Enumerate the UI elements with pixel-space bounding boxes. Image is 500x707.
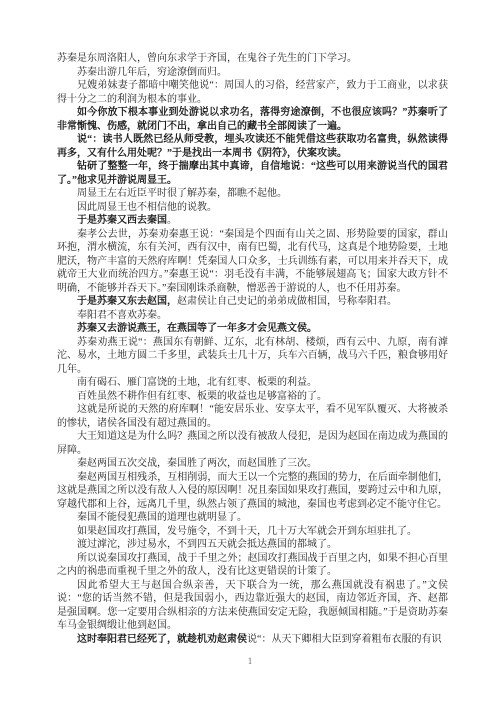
- text-run: 说“：读书人既然已经从师受教，埋头攻读还不能凭借这些获取功名富贵，纵然读得再多，…: [57, 134, 448, 159]
- text-run: 说“：从天下卿相大臣到穿着粗布衣服的有识: [247, 634, 441, 645]
- paragraph: 渡过滹沱，涉过易水，不到四五天就会抵达燕国的都城了。: [57, 538, 448, 552]
- paragraph: 苏秦是东周洛阳人，曾向东求学于齐国，在鬼谷子先生的门下学习。: [57, 52, 448, 66]
- text-run: 如今你放下根本事业到处游说以求功名，落得穷途潦倒，不也很应该吗？”苏秦听了非常惭…: [57, 107, 448, 132]
- paragraph: 如今你放下根本事业到处游说以求功名，落得穷途潦倒，不也很应该吗？”苏秦听了非常惭…: [57, 106, 448, 133]
- paragraph: 秦赵两国互相残杀，互相削弱，而大王以一个完整的燕国的势力，在后面牵制他们，这就是…: [57, 471, 448, 512]
- paragraph: 因此希望大王与赵国合纵亲善，天下联合为一统，那么燕国就没有祸患了。”文侯说：“您…: [57, 579, 448, 633]
- paragraph: 如果赵国攻打燕国，发号施令，不到十天，几十万大军就会开到东垣驻扎了。: [57, 525, 448, 539]
- paragraph: 苏秦劝燕王说“：燕国东有朝鲜、辽东，北有林胡、楼烦，西有云中、九原，南有滹沱、易…: [57, 336, 448, 377]
- paragraph: 百姓虽然不耕作但有红枣、板栗的收益也足够富裕的了。: [57, 390, 448, 404]
- paragraph: 这就是所说的天然的府库啊！“能安居乐业、安享太平，看不见军队覆灭、大将被杀的惨状…: [57, 403, 448, 430]
- text-run: 百姓虽然不耕作但有红枣、板栗的收益也足够富裕的了。: [77, 391, 327, 402]
- text-run: 因此希望大王与赵国合纵亲善，天下联合为一统，那么燕国就没有祸患了。”文侯说：“您…: [57, 580, 448, 632]
- text-run: 大王知道这是为什么吗？燕国之所以没有被敌人侵犯，是因为赵国在南边成为燕国的屏障。: [57, 431, 448, 456]
- text-run: 。: [167, 215, 177, 226]
- text-run: 钻研了整整一年，终于揣摩出其中真谛，自信地说：“这些可以用来游说当代的国君了。”…: [57, 161, 448, 186]
- document-body: 苏秦是东周洛阳人，曾向东求学于齐国，在鬼谷子先生的门下学习。苏秦出游几年后，穷途…: [57, 52, 448, 646]
- paragraph: 秦赵两国五次交战，秦国胜了两次，而赵国胜了三次。: [57, 457, 448, 471]
- text-run: 于是苏秦又东去赵国，: [77, 296, 177, 307]
- text-run: 南有碣石、雁门富饶的土地，北有红枣、板栗的利益。: [77, 377, 317, 388]
- text-run: 周显王左右近臣平时很了解苏秦，都瞧不起他。: [77, 188, 287, 199]
- paragraph: 苏秦又去游说燕王，在燕国等了一年多才会见燕文侯。: [57, 322, 448, 336]
- page-number: 1: [0, 656, 500, 666]
- text-run: 秦国不能侵犯燕国的道理也就明显了。: [77, 512, 247, 523]
- paragraph: 兄嫂弟妹妻子都暗中嘲笑他说“：周国人的习俗，经营家产，致力于工商业，以求获得十分…: [57, 79, 448, 106]
- document-page: 苏秦是东周洛阳人，曾向东求学于齐国，在鬼谷子先生的门下学习。苏秦出游几年后，穷途…: [0, 0, 500, 707]
- paragraph: 大王知道这是为什么吗？燕国之所以没有被敌人侵犯，是因为赵国在南边成为燕国的屏障。: [57, 430, 448, 457]
- text-run: 这就是所说的天然的府库啊！“能安居乐业、安享太平，看不见军队覆灭、大将被杀的惨状…: [57, 404, 448, 429]
- text-run: 苏秦又去游说燕王，在燕国等了一年多才会见燕文侯。: [77, 323, 317, 334]
- text-run: 赵肃侯让自己史记的弟弟成做相国，号称奉阳君。: [177, 296, 397, 307]
- text-run: 苏秦劝燕王说“：燕国东有朝鲜、辽东，北有林胡、楼烦，西有云中、九原，南有滹沱、易…: [57, 337, 448, 375]
- paragraph: 秦孝公去世，苏秦劝秦惠王说：“秦国是个四面有山关之固、形势险要的国家，群山环抱，…: [57, 228, 448, 296]
- text-run: 秦赵两国互相残杀，互相削弱，而大王以一个完整的燕国的势力，在后面牵制他们，这就是…: [57, 472, 448, 510]
- paragraph: 所以说秦国攻打燕国，战于千里之外；赵国攻打燕国战于百里之内，如果不担心百里之内的…: [57, 552, 448, 579]
- paragraph: 于是苏秦又西去秦国。: [57, 214, 448, 228]
- text-run: 如果赵国攻打燕国，发号施令，不到十天，几十万大军就会开到东垣驻扎了。: [77, 526, 417, 537]
- text-run: 渡过滹沱，涉过易水，不到四五天就会抵达燕国的都城了。: [77, 539, 337, 550]
- paragraph: 说“：读书人既然已经从师受教，埋头攻读还不能凭借这些获取功名富贵，纵然读得再多，…: [57, 133, 448, 160]
- paragraph: 南有碣石、雁门富饶的土地，北有红枣、板栗的利益。: [57, 376, 448, 390]
- paragraph: 奉阳君不喜欢苏秦。: [57, 309, 448, 323]
- paragraph: 苏秦出游几年后，穷途潦倒而归。: [57, 66, 448, 80]
- text-run: 苏秦是东周洛阳人，曾向东求学于齐国，在鬼谷子先生的门下学习。: [57, 53, 357, 64]
- paragraph: 周显王左右近臣平时很了解苏秦，都瞧不起他。: [57, 187, 448, 201]
- text-run: 所以说秦国攻打燕国，战于千里之外；赵国攻打燕国战于百里之内，如果不担心百里之内的…: [57, 553, 448, 578]
- text-run: 奉阳君不喜欢苏秦。: [77, 310, 167, 321]
- text-run: 因此周显王也不相信他的说教。: [77, 202, 217, 213]
- text-run: 这时奉阳君已经死了，就趁机劝赵肃侯: [77, 634, 247, 645]
- text-run: 秦孝公去世，苏秦劝秦惠王说：“秦国是个四面有山关之固、形势险要的国家，群山环抱，…: [57, 229, 448, 294]
- paragraph: 这时奉阳君已经死了，就趁机劝赵肃侯说“：从天下卿相大臣到穿着粗布衣服的有识: [57, 633, 448, 647]
- text-run: 于是苏秦又西去秦国: [77, 215, 167, 226]
- text-run: 苏秦出游几年后，穷途潦倒而归。: [77, 67, 227, 78]
- paragraph: 因此周显王也不相信他的说教。: [57, 201, 448, 215]
- text-run: 秦赵两国五次交战，秦国胜了两次，而赵国胜了三次。: [77, 458, 317, 469]
- paragraph: 秦国不能侵犯燕国的道理也就明显了。: [57, 511, 448, 525]
- paragraph: 钻研了整整一年，终于揣摩出其中真谛，自信地说：“这些可以用来游说当代的国君了。”…: [57, 160, 448, 187]
- paragraph: 于是苏秦又东去赵国，赵肃侯让自己史记的弟弟成做相国，号称奉阳君。: [57, 295, 448, 309]
- text-run: 兄嫂弟妹妻子都暗中嘲笑他说“：周国人的习俗，经营家产，致力于工商业，以求获得十分…: [57, 80, 448, 105]
